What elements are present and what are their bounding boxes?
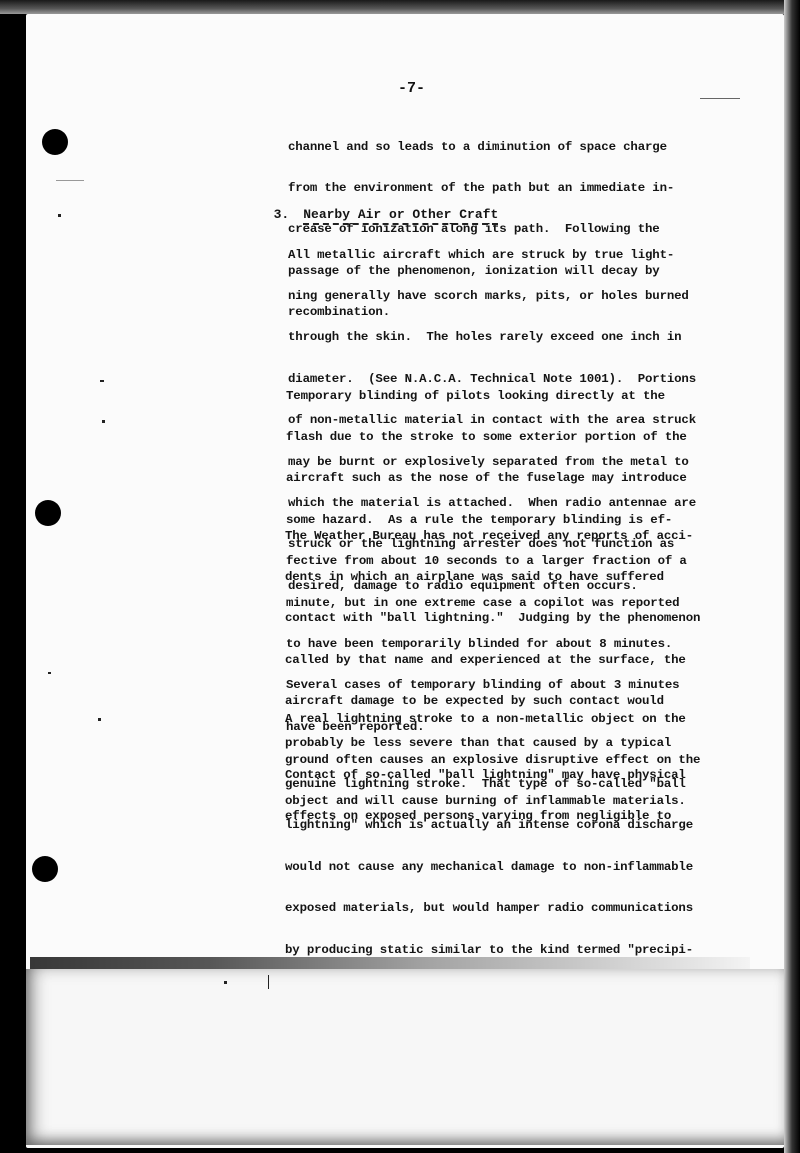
text-line: aircraft such as the nose of the fuselag… xyxy=(286,472,687,486)
scan-fold-shadow xyxy=(30,957,750,969)
scan-top-edge xyxy=(0,0,800,14)
section-number: 3. xyxy=(274,207,290,222)
text-line: effects on exposed persons varying from … xyxy=(285,810,686,824)
paragraph-ball-lightning-contact: Contact of so-called "ball lightning" ma… xyxy=(285,741,686,838)
text-line: The Weather Bureau has not received any … xyxy=(285,530,700,544)
scan-speck xyxy=(98,718,101,721)
text-line: dents in which an airplane was said to h… xyxy=(285,571,700,585)
text-line: flash due to the stroke to some exterior… xyxy=(286,431,687,445)
scan-speck xyxy=(224,981,227,984)
scan-speck xyxy=(48,672,51,674)
scan-right-edge xyxy=(784,0,800,1153)
underlying-sheet xyxy=(26,969,784,1145)
scan-artifact xyxy=(56,180,84,181)
page-number: -7- xyxy=(398,80,425,97)
text-line: called by that name and experienced at t… xyxy=(285,654,700,668)
scan-speck xyxy=(58,214,61,217)
text-line: Contact of so-called "ball lightning" ma… xyxy=(285,769,686,783)
text-line: ning generally have scorch marks, pits, … xyxy=(288,290,696,304)
scan-artifact xyxy=(700,98,740,99)
binder-hole-top xyxy=(42,129,68,155)
binder-hole-bottom xyxy=(32,856,58,882)
text-line: A real lightning stroke to a non-metalli… xyxy=(285,713,700,727)
text-line: Temporary blinding of pilots looking dir… xyxy=(286,390,687,404)
text-line: contact with "ball lightning." Judging b… xyxy=(285,612,700,626)
scan-speck xyxy=(102,420,105,423)
text-line: All metallic aircraft which are struck b… xyxy=(288,249,696,263)
binder-hole-middle xyxy=(35,500,61,526)
section-heading: 3.Nearby Air or Other Craft xyxy=(258,192,498,222)
text-line: by producing static similar to the kind … xyxy=(285,944,700,958)
text-line: channel and so leads to a diminution of … xyxy=(288,141,674,155)
text-line: through the skin. The holes rarely excee… xyxy=(288,331,696,345)
text-line: exposed materials, but would hamper radi… xyxy=(285,902,700,916)
scan-speck xyxy=(100,380,104,382)
text-line: would not cause any mechanical damage to… xyxy=(285,861,700,875)
scan-speck xyxy=(268,975,269,989)
